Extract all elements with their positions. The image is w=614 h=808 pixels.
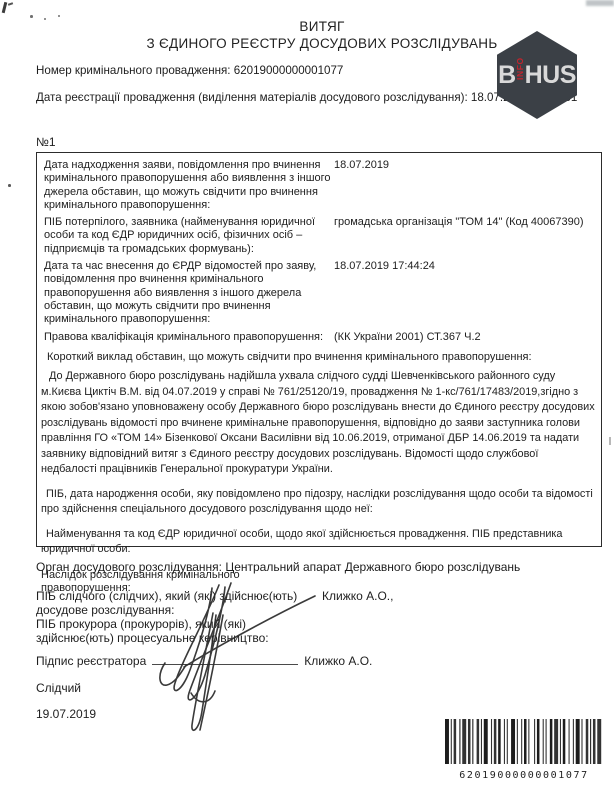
row-value: (КК України 2001) СТ.367 Ч.2 xyxy=(332,331,594,344)
logo-info-vertical-word: INFO xyxy=(515,70,525,80)
investigation-body-line: Орган досудового розслідування: Централь… xyxy=(36,560,520,574)
row-value: 18.07.2019 xyxy=(332,159,594,172)
suspect-heading: ПІБ, дата народження особи, яку повідомл… xyxy=(41,487,594,518)
table-row: Правова кваліфікація кримінального право… xyxy=(44,331,594,344)
logo-letter-b: B xyxy=(498,61,516,90)
record-number: №1 xyxy=(36,135,56,149)
row-label: ПІБ потерпілого, заявника (найменування … xyxy=(44,216,332,256)
table-row: Дата та час внесення до ЄРДР відомостей … xyxy=(44,260,594,326)
logo-letters-hus: HUS xyxy=(525,61,576,90)
extract-document-page: ВИТЯГ З ЄДИНОГО РЕЄСТРУ ДОСУДОВИХ РОЗСЛІ… xyxy=(0,0,614,808)
summary-paragraph: До Державного бюро розслідувань надійшла… xyxy=(41,369,596,478)
title-line-1: ВИТЯГ xyxy=(30,18,614,35)
legal-entity-heading: Найменування та код ЄДР юридичної особи,… xyxy=(41,527,594,558)
barcode-bars xyxy=(445,719,603,764)
barcode-number: 62019000000001077 xyxy=(445,770,603,781)
row-label: Дата та час внесення до ЄРДР відомостей … xyxy=(44,260,332,326)
scan-artifact-corner-mark xyxy=(2,2,7,13)
scan-artifact-smudge xyxy=(586,0,614,6)
document-date: 19.07.2019 xyxy=(36,707,96,721)
row-value: громадська організація "ТОМ 14" (Код 400… xyxy=(332,216,594,229)
scan-artifact-dot xyxy=(8,184,11,187)
handwritten-signature xyxy=(155,575,330,735)
barcode: 62019000000001077 xyxy=(445,719,603,781)
table-row: Дата надходження заяви, повідомлення про… xyxy=(44,159,594,212)
bihus-info-logo-text: B INFO HUS xyxy=(498,61,576,90)
summary-heading: Короткий виклад обставин, що можуть свід… xyxy=(44,351,594,364)
row-label: Дата надходження заяви, повідомлення про… xyxy=(44,159,332,212)
case-number-line: Номер кримінального провадження: 6201900… xyxy=(36,64,343,77)
row-value: 18.07.2019 17:44:24 xyxy=(332,260,594,273)
registrar-label: Підпис реєстратора xyxy=(36,654,146,668)
scan-artifact-corner-mark xyxy=(8,2,13,6)
row-label: Правова кваліфікація кримінального право… xyxy=(44,331,332,344)
scan-artifact-dot xyxy=(58,15,60,17)
table-row: ПІБ потерпілого, заявника (найменування … xyxy=(44,216,594,256)
registry-extract-table: Дата надходження заяви, повідомлення про… xyxy=(36,152,602,547)
scan-artifact-tick xyxy=(609,437,611,445)
investigator-value: Клижко А.О., xyxy=(318,590,576,604)
signer-title: Слідчий xyxy=(36,681,81,695)
